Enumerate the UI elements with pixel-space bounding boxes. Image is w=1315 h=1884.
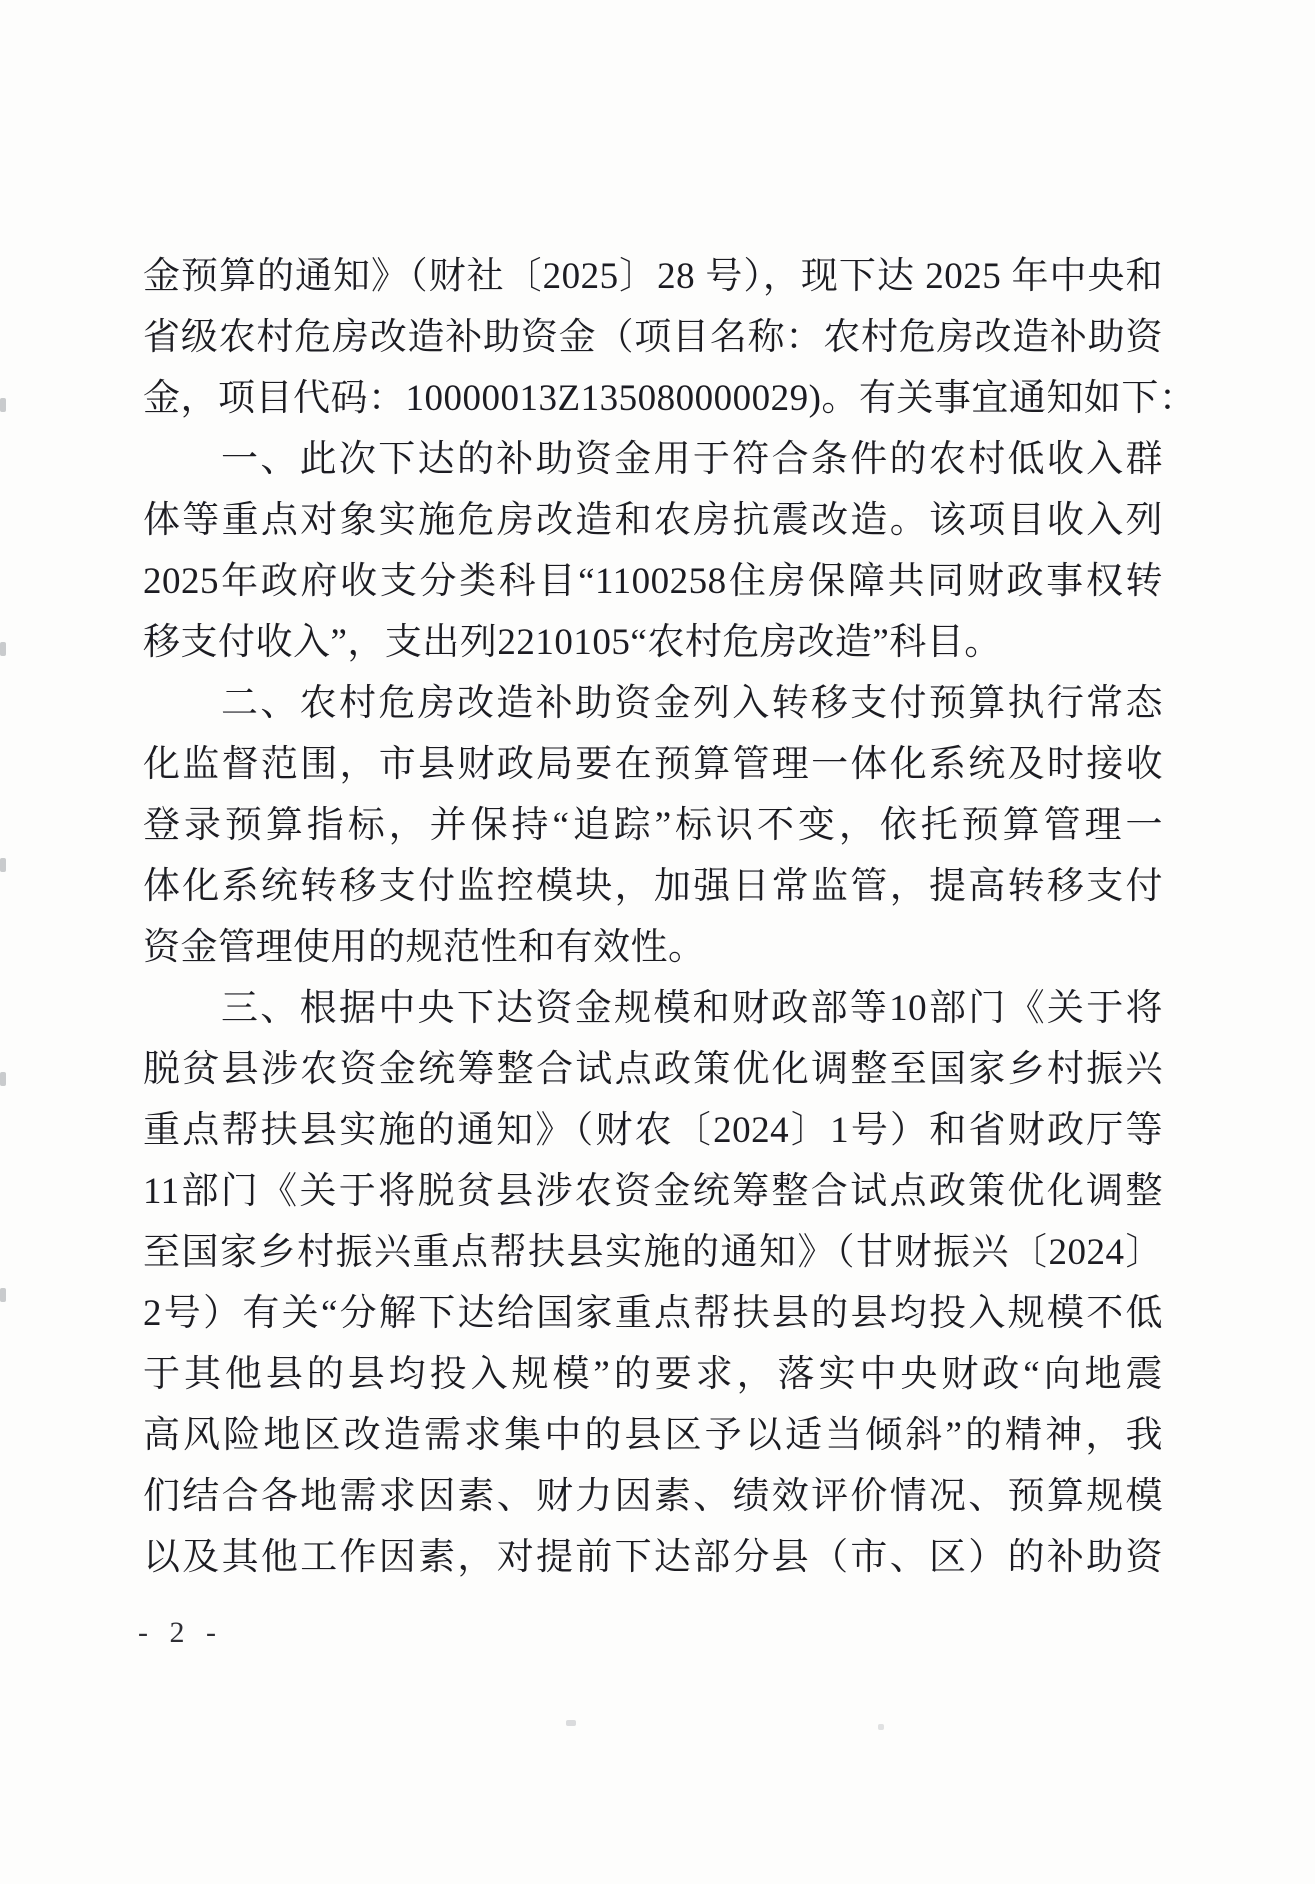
text-line: 一、此次下达的补助资金用于符合条件的农村低收入群 (143, 429, 1163, 490)
text-line: 三、根据中央下达资金规模和财政部等10部门《关于将 (143, 978, 1163, 1039)
document-page: 金预算的通知》（财社〔2025〕28 号），现下达 2025 年中央和省级农村危… (0, 0, 1315, 1884)
text-line: 以及其他工作因素，对提前下达部分县（市、区）的补助资 (143, 1527, 1163, 1588)
scan-artifact (0, 858, 6, 872)
scan-artifact (0, 398, 6, 412)
text-line: 二、农村危房改造补助资金列入转移支付预算执行常态 (143, 673, 1163, 734)
page-number: - 2 - (138, 1616, 223, 1650)
text-line: 2025年政府收支分类科目“1100258住房保障共同财政事权转 (143, 551, 1163, 612)
text-line: 重点帮扶县实施的通知》（财农〔2024〕1号）和省财政厅等 (143, 1100, 1163, 1161)
text-line: 登录预算指标，并保持“追踪”标识不变，依托预算管理一 (143, 795, 1163, 856)
text-line: 体化系统转移支付监控模块，加强日常监管，提高转移支付 (143, 856, 1163, 917)
scan-artifact (566, 1720, 576, 1726)
text-line: 移支付收入”，支出列2210105“农村危房改造”科目。 (143, 612, 1163, 673)
scan-artifact (878, 1724, 884, 1730)
text-line: 至国家乡村振兴重点帮扶县实施的通知》（甘财振兴〔2024〕 (143, 1222, 1163, 1283)
text-line: 2号）有关“分解下达给国家重点帮扶县的县均投入规模不低 (143, 1283, 1163, 1344)
text-line: 脱贫县涉农资金统筹整合试点政策优化调整至国家乡村振兴 (143, 1039, 1163, 1100)
text-line: 们结合各地需求因素、财力因素、绩效评价情况、预算规模 (143, 1466, 1163, 1527)
text-line: 体等重点对象实施危房改造和农房抗震改造。该项目收入列 (143, 490, 1163, 551)
text-line: 资金管理使用的规范性和有效性。 (143, 917, 1163, 978)
scan-artifact (0, 1288, 6, 1302)
text-line: 高风险地区改造需求集中的县区予以适当倾斜”的精神，我 (143, 1405, 1163, 1466)
text-line: 省级农村危房改造补助资金（项目名称：农村危房改造补助资 (143, 307, 1163, 368)
text-line: 于其他县的县均投入规模”的要求，落实中央财政“向地震 (143, 1344, 1163, 1405)
text-line: 11部门《关于将脱贫县涉农资金统筹整合试点政策优化调整 (143, 1161, 1163, 1222)
scan-artifact (0, 642, 6, 656)
document-body: 金预算的通知》（财社〔2025〕28 号），现下达 2025 年中央和省级农村危… (143, 246, 1163, 1588)
text-line: 金，项目代码：10000013Z135080000029)。有关事宜通知如下： (143, 368, 1163, 429)
text-line: 金预算的通知》（财社〔2025〕28 号），现下达 2025 年中央和 (143, 246, 1163, 307)
text-line: 化监督范围，市县财政局要在预算管理一体化系统及时接收 (143, 734, 1163, 795)
scan-artifact (0, 1072, 6, 1086)
